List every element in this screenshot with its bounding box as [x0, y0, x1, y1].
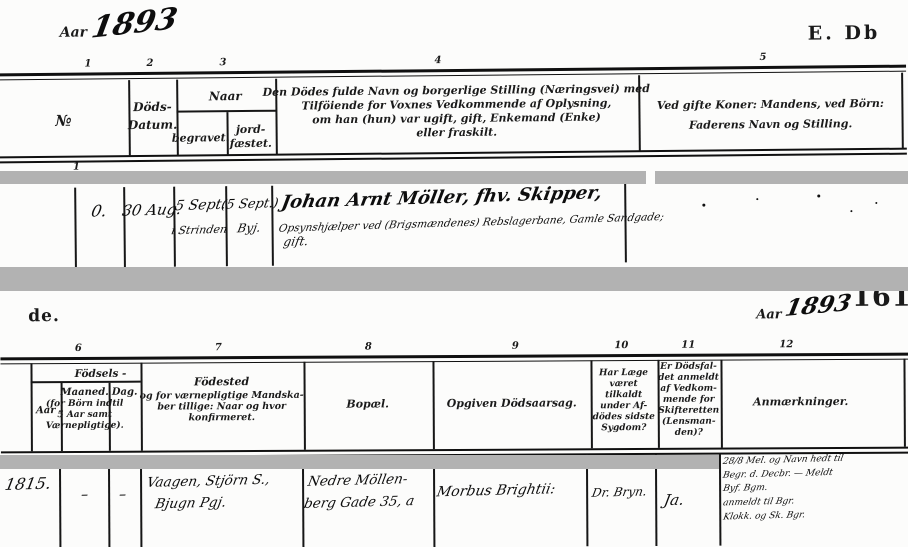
header-dodsaarsag: Opgiven Dödsaarsag. — [447, 397, 577, 409]
header-laege-line1: Har Læge — [599, 369, 648, 378]
table2-divider — [590, 360, 592, 448]
entry-birth-day: – — [118, 488, 128, 502]
column-number-8: 8 — [365, 342, 372, 352]
column-number-11: 11 — [681, 341, 695, 351]
table2-divider — [720, 360, 722, 448]
entry-birth-month: – — [80, 488, 90, 502]
year-label-bottom: Aar — [756, 308, 781, 321]
column-number-10: 10 — [614, 341, 628, 351]
entry-remarks-line1: 28/8 Mel. og Navn hedt til — [722, 455, 844, 467]
entry-remarks-line2: Begr. d. Decbr. — Meldt — [722, 469, 833, 481]
row2-divider — [719, 454, 721, 546]
header-maaned-note-line2: 5 Aar samt — [57, 411, 112, 420]
entry-cause-of-death: Morbus Brightii: — [436, 482, 557, 499]
header-skifteretten-line5: Skifteretten — [658, 407, 719, 416]
header-skifteretten-line6: (Lensman- — [662, 418, 716, 427]
header-skifteretten-line3: af Vedkom- — [660, 385, 717, 394]
table2-divider — [903, 359, 905, 447]
header-fodsels: Födsels - — [75, 369, 127, 380]
header-fodested-line1: Födested — [194, 376, 249, 387]
header-laege-line6: Sygdom? — [601, 424, 646, 433]
entry-remarks-line5: Klokk. og Sk. Bgr. — [722, 511, 806, 522]
header-skifteretten-line1: Er Dödsfal- — [660, 363, 717, 372]
table2-divider — [30, 363, 32, 451]
column-number-12: 12 — [779, 340, 793, 350]
redaction-bar — [0, 455, 719, 469]
header-bopael: Bopæl. — [346, 398, 389, 409]
header-maaned: Maaned. — [61, 388, 109, 398]
entry-probate-reported: Ja. — [663, 493, 686, 509]
header-laege-line3: tilkaldt — [605, 391, 642, 400]
header-anmaerkninger: Anmærkninger. — [753, 396, 848, 407]
entry-residence-line1: Nedre Möllen- — [307, 473, 409, 489]
table2-divider — [432, 361, 434, 449]
redaction-bar — [655, 171, 908, 184]
fodsels-underline — [31, 381, 141, 383]
header-fodested-line4: konfirmeret. — [188, 413, 255, 423]
entry-residence-line2: berg Gade 35, a — [303, 495, 416, 511]
header-laege-line5: dödes sidste — [593, 413, 655, 422]
continuation-word: de. — [28, 308, 60, 325]
header-maaned-note-line1: (for Börn indtil — [46, 400, 123, 409]
entry-birthplace-line1: Vaagen, Stjörn S., — [146, 474, 271, 491]
column-number-9: 9 — [512, 342, 519, 352]
column-number-6: 6 — [75, 344, 82, 354]
header-skifteretten-line7: den)? — [675, 429, 703, 438]
table2-divider — [140, 363, 142, 451]
row2-divider — [108, 457, 110, 547]
header-fodested-line3: ber tillige: Naar og hvor — [157, 402, 286, 412]
redaction-bar — [0, 267, 908, 291]
entry-remarks-line4: anmeldt til Bgr. — [722, 497, 795, 508]
redaction-bar — [0, 171, 646, 184]
entry-remarks-line3: Byf. Bgm. — [722, 484, 768, 494]
table2-top-rule — [0, 353, 908, 365]
table2-divider — [303, 362, 305, 450]
header-maaned-note-line3: Værnepligtige). — [46, 422, 124, 431]
handwritten-year-bottom: 1893 — [783, 291, 853, 320]
column-number-7: 7 — [215, 343, 222, 353]
row2-divider — [59, 457, 61, 547]
header-skifteretten-line4: mende for — [663, 396, 715, 405]
entry-birth-year: 1815. — [4, 476, 53, 493]
death-register-scan: Aar 1893 E. Db 1 2 3 4 5 № Döds- Datum. … — [0, 0, 908, 547]
header-laege-line2: været — [609, 380, 637, 389]
header-fodested-line2: og for værnepligtige Mandska- — [140, 391, 304, 401]
header-laege-line4: under Af- — [600, 402, 647, 411]
entry-birthplace-line2: Bjugn Pgj. — [154, 496, 227, 511]
header-skifteretten-line2: det anmeldt — [658, 374, 719, 383]
entry-doctor: Dr. Bryn. — [591, 485, 648, 498]
row2-divider — [140, 457, 142, 547]
header-dag: Dag. — [112, 388, 138, 398]
